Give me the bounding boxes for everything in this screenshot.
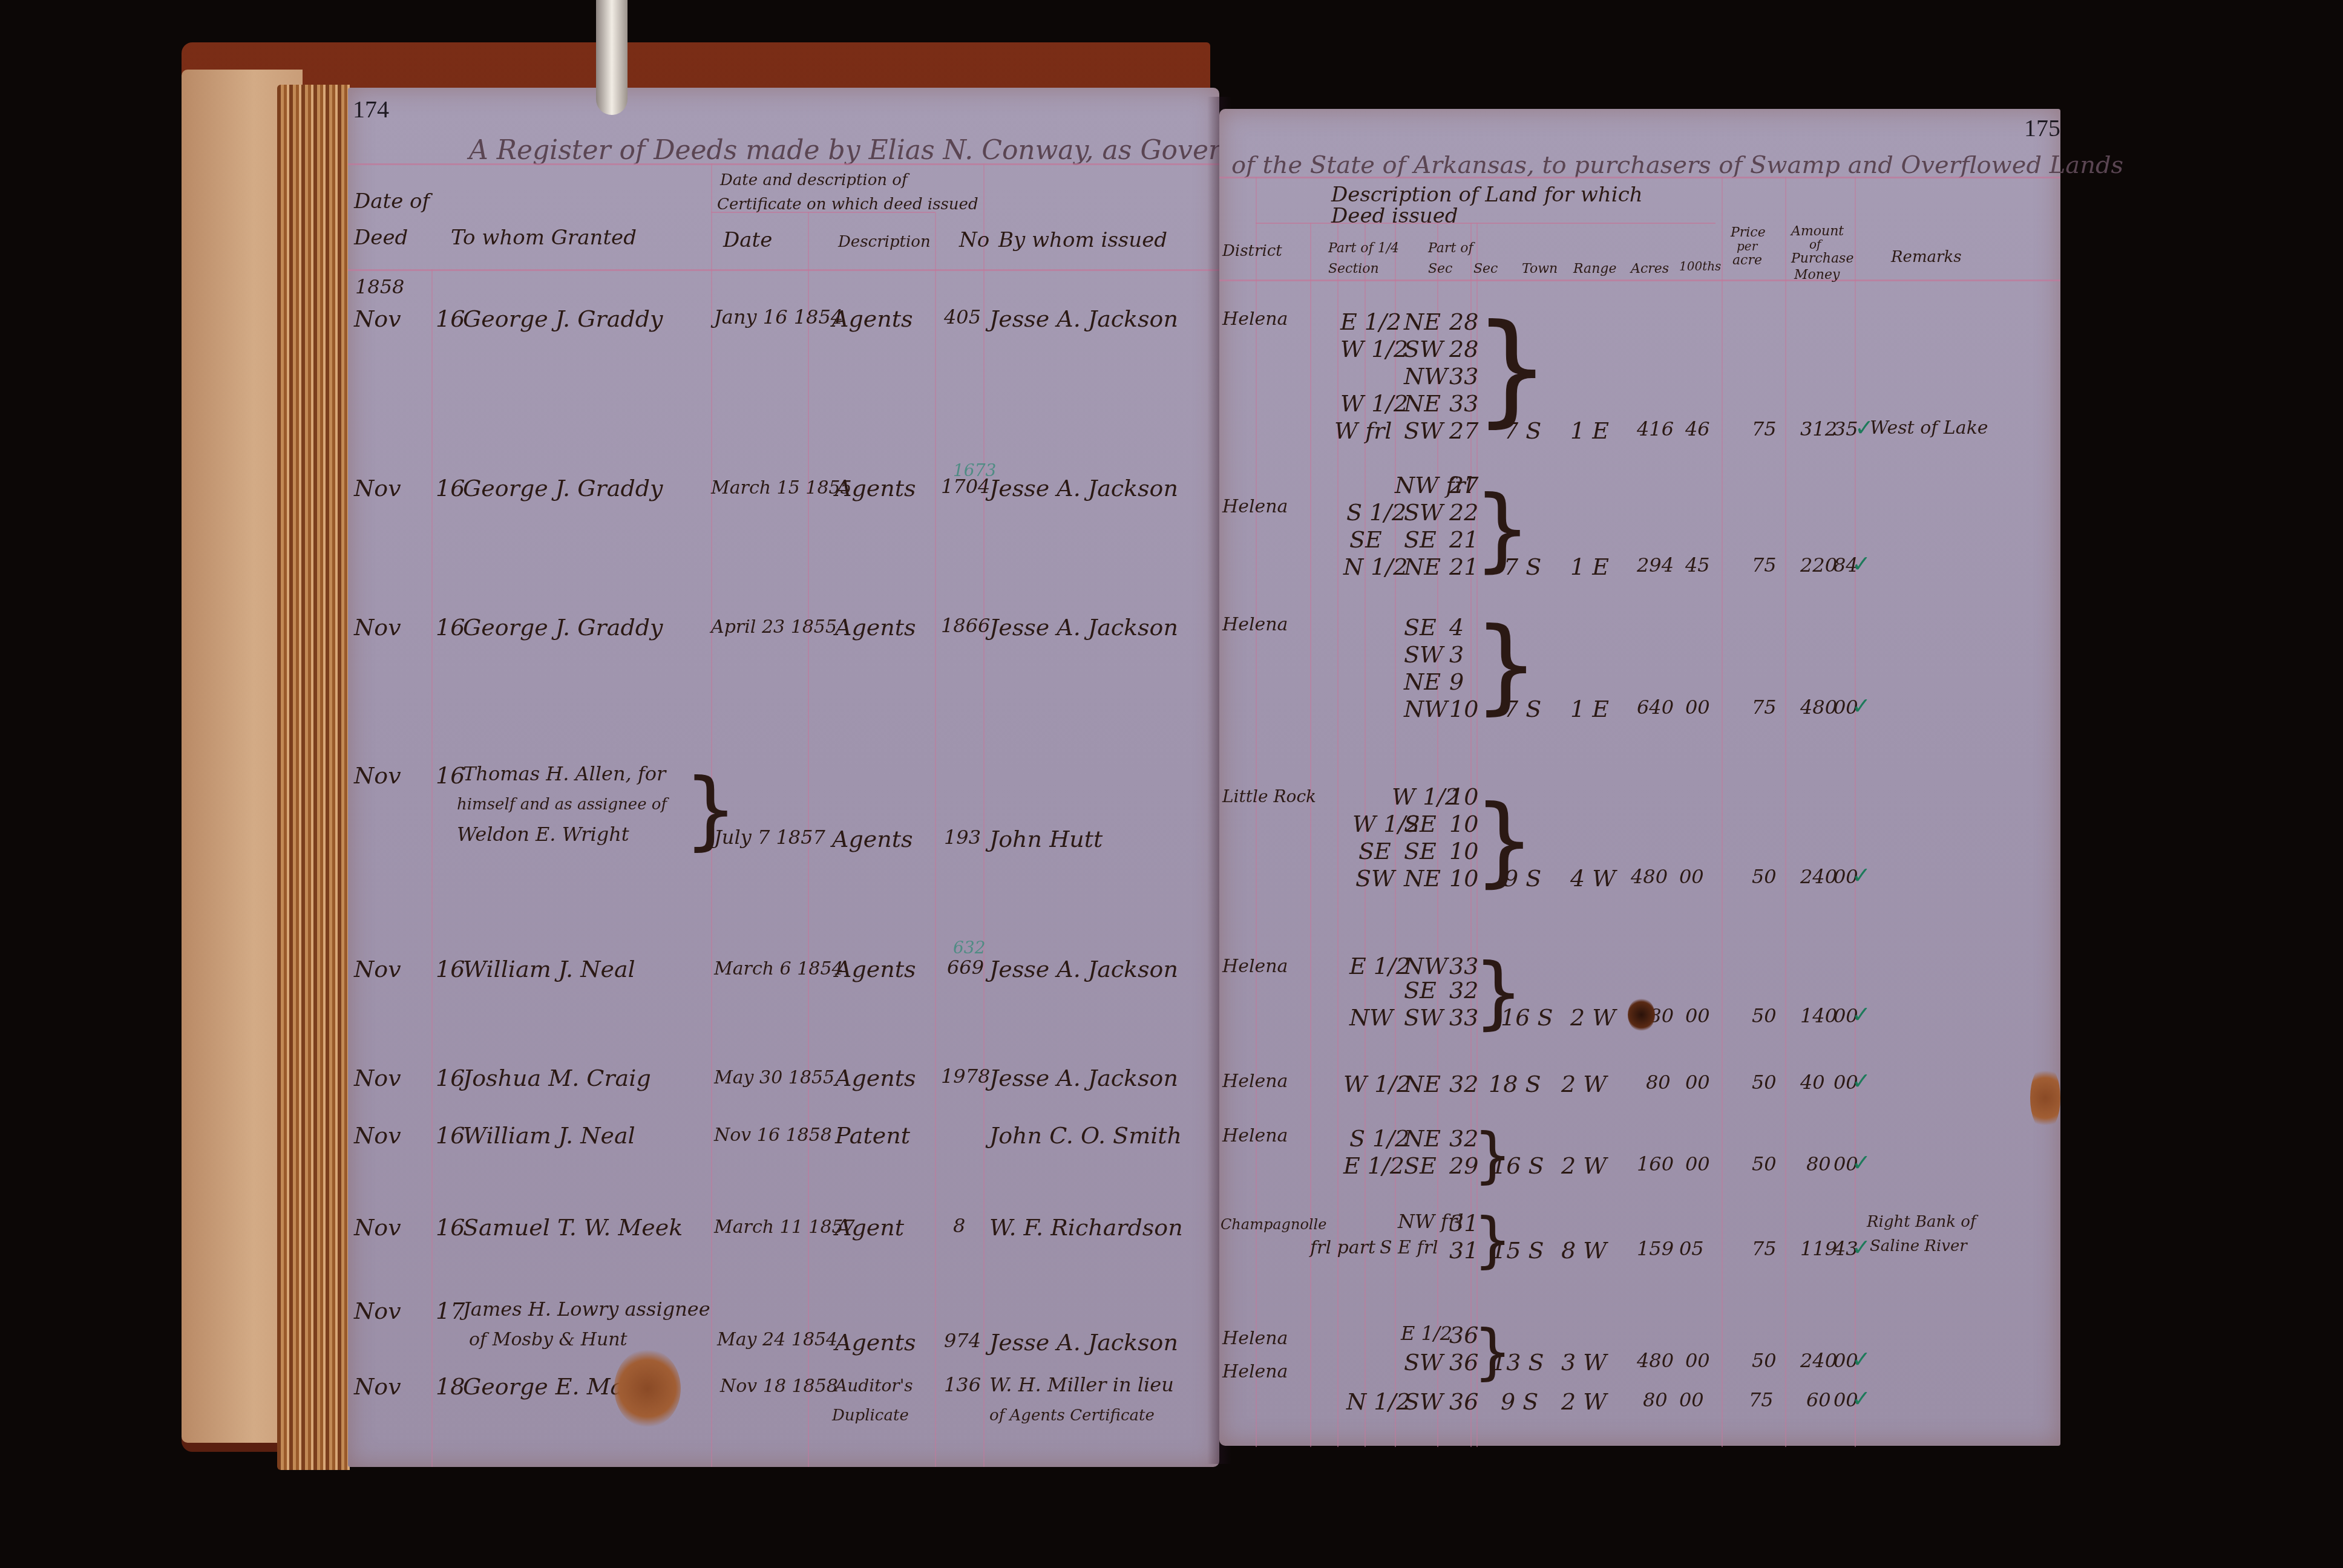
row-cert-no: 669	[947, 956, 984, 979]
row-grantee: George J. Graddy	[463, 614, 663, 641]
entry-range: 1 E	[1570, 696, 1609, 722]
verified-check-icon: ✓	[1852, 550, 1871, 577]
deed-row: Nov 16 George J. Graddy April 23 1855 Ag…	[348, 614, 1219, 650]
entry-sec: 36	[1449, 1388, 1478, 1415]
verified-check-icon: ✓	[1852, 693, 1871, 719]
entry-town: 7 S	[1504, 554, 1541, 580]
entry-acres: 480	[1631, 865, 1668, 888]
entry-quarter: S E frl	[1380, 1237, 1438, 1258]
row-cert-date: Jany 16 1854	[714, 305, 843, 328]
lot-brace: }	[1473, 309, 1550, 430]
entry-100ths: 45	[1685, 554, 1710, 577]
entry-quarter: SE	[1404, 838, 1437, 864]
header-amount-2: of	[1809, 237, 1821, 252]
row-cert-no: 8	[953, 1214, 965, 1237]
header-part-quarter-1: Part of 1/4	[1328, 241, 1399, 256]
row-cert-date: Nov 18 1858	[720, 1376, 838, 1397]
entry-acres: 159	[1637, 1237, 1674, 1260]
entry-quarter: SE	[1404, 1152, 1437, 1179]
register-title-right: of the State of Arkansas, to purchasers …	[1231, 151, 2123, 179]
entry-quarter: SE	[1404, 526, 1437, 553]
header-by-whom: By whom issued	[998, 228, 1167, 252]
entry-quarter: SE	[1404, 977, 1437, 1004]
row-day: 16	[436, 475, 465, 501]
entry-amount: 60	[1806, 1388, 1831, 1411]
land-group-rule	[1256, 223, 1715, 224]
entry-price: 50	[1752, 1071, 1777, 1094]
entry-district: Helena	[1222, 309, 1288, 330]
row-issued-by: John Hutt	[989, 826, 1103, 852]
year-label: 1858	[355, 275, 404, 298]
row-cert-date: April 23 1855	[711, 616, 837, 638]
entry-100ths: 00	[1685, 696, 1710, 719]
row-cert-date: March 6 1854	[714, 958, 844, 979]
deed-row: Nov 18 George E. Mann Nov 18 1858 Audito…	[348, 1373, 1219, 1440]
row-cert-no: 193	[944, 826, 981, 849]
row-grantee: Thomas H. Allen, for	[463, 762, 666, 785]
entry-part: NW	[1349, 1004, 1393, 1031]
entry-amount: 240	[1800, 865, 1837, 888]
land-entry: Little Rock W 1/2 10 W 1/2 SE 10 SE SE 1…	[1219, 783, 2060, 904]
entry-range: 2 W	[1570, 1004, 1616, 1031]
header-number: No	[959, 228, 989, 252]
row-month: Nov	[354, 1298, 401, 1324]
entry-remarks: Right Bank of	[1867, 1213, 1976, 1231]
header-range: Range	[1573, 261, 1616, 276]
entry-town: 16 S	[1501, 1004, 1553, 1031]
entry-range: 2 W	[1561, 1071, 1607, 1097]
row-issued-by: Jesse A. Jackson	[989, 956, 1178, 982]
verified-check-icon: ✓	[1852, 862, 1871, 889]
row-cert-no: 405	[944, 305, 981, 328]
entry-100ths: 00	[1679, 1388, 1704, 1411]
entry-district: Little Rock	[1222, 786, 1316, 806]
entry-amount: 220	[1800, 554, 1837, 577]
title-rule	[1219, 177, 2060, 178]
entry-range: 1 E	[1570, 554, 1609, 580]
row-month: Nov	[354, 1214, 401, 1241]
row-month: Nov	[354, 305, 401, 332]
entry-price: 75	[1749, 1388, 1774, 1411]
entry-quarter: NE	[1404, 554, 1441, 580]
row-cert-desc: Auditor's	[835, 1376, 913, 1396]
row-issued-by: Jesse A. Jackson	[989, 1329, 1178, 1356]
row-day: 17	[436, 1298, 465, 1324]
row-cert-desc: Agents	[835, 1329, 916, 1356]
row-issued-by: Jesse A. Jackson	[989, 1065, 1178, 1091]
row-cert-no: 1866	[941, 614, 990, 637]
row-day: 16	[436, 1122, 465, 1149]
row-grantee-line2: himself and as assignee of	[457, 795, 667, 814]
header-to-whom-granted: To whom Granted	[451, 226, 637, 250]
entry-part: E 1/2	[1349, 953, 1411, 979]
entry-price: 75	[1752, 554, 1777, 577]
title-rule	[348, 163, 1219, 165]
row-day: 16	[436, 762, 465, 789]
land-entry: Helena S 1/2 NE 32 E 1/2 SE 29 } 16 S 2 …	[1219, 1125, 2060, 1186]
page-edges	[277, 85, 350, 1470]
ink-stain	[614, 1349, 681, 1428]
row-grantee: Joshua M. Craig	[463, 1065, 651, 1091]
row-cert-desc: Agents	[832, 826, 913, 852]
entry-part: S 1/2	[1346, 499, 1406, 526]
land-entry: Helena E 1/2 NE 28 W 1/2 SW 28 NW 33 W 1…	[1219, 309, 2060, 454]
row-grantee: James H. Lowry assignee	[463, 1298, 710, 1321]
entry-quarter: NE	[1404, 1125, 1441, 1152]
row-issued-by: Jesse A. Jackson	[989, 614, 1178, 641]
entry-quarter: SW	[1404, 417, 1443, 444]
header-price-2: per	[1737, 239, 1757, 253]
register-title-left: A Register of Deeds made by Elias N. Con…	[469, 135, 1267, 166]
entry-acres: 416	[1637, 417, 1674, 440]
header-rule	[348, 269, 1219, 271]
row-cert-no: 974	[944, 1329, 981, 1352]
row-month: Nov	[354, 956, 401, 982]
entry-quarter: NE	[1404, 1071, 1441, 1097]
header-100ths: 100ths	[1679, 259, 1721, 273]
row-cert-date: March 15 1855	[711, 477, 852, 498]
entry-range: 1 E	[1570, 417, 1609, 444]
deed-row: Nov 16 William J. Neal Nov 16 1858 Paten…	[348, 1122, 1219, 1158]
row-day: 16	[436, 614, 465, 641]
header-land-group-1: Description of Land for which	[1331, 183, 1643, 207]
header-town: Town	[1522, 261, 1558, 276]
header-date: Date	[723, 228, 772, 252]
row-grantee: Samuel T. W. Meek	[463, 1214, 683, 1241]
row-cert-date: Nov 16 1858	[714, 1125, 832, 1146]
row-cert-no-note: 632	[953, 938, 985, 958]
entry-town: 16 S	[1492, 1152, 1544, 1179]
entry-range: 2 W	[1561, 1152, 1607, 1179]
header-cert-group-2: Certificate on which deed issued	[717, 195, 978, 214]
row-month: Nov	[354, 614, 401, 641]
entry-100ths: 00	[1685, 1152, 1710, 1175]
entry-quarter: SW	[1404, 336, 1443, 362]
row-day: 16	[436, 1214, 465, 1241]
header-price-1: Price	[1731, 225, 1766, 240]
land-entry: Helena W 1/2 NE 32 18 S 2 W 80 00 50 40 …	[1219, 1071, 2060, 1107]
entry-district: Helena	[1222, 496, 1288, 517]
entry-acres: 80	[1643, 1388, 1668, 1411]
verified-check-icon: ✓	[1852, 1385, 1871, 1412]
row-day: 16	[436, 305, 465, 332]
entry-part: SE	[1349, 526, 1382, 553]
header-part-sec-2: Sec	[1428, 261, 1452, 276]
row-day: 16	[436, 1065, 465, 1091]
entry-acres: 160	[1637, 1152, 1674, 1175]
entry-range: 2 W	[1561, 1388, 1607, 1415]
row-cert-no: 136	[944, 1373, 981, 1396]
header-land-group-2: Deed issued	[1331, 204, 1458, 228]
right-page: 175 of the State of Arkansas, to purchas…	[1219, 109, 2060, 1446]
entry-sec: 9	[1449, 668, 1464, 695]
header-district: District	[1222, 242, 1282, 260]
land-entry: Helena N 1/2 SW 36 9 S 2 W 80 00 75 60 0…	[1219, 1361, 2060, 1434]
entry-quarter: SW	[1404, 499, 1443, 526]
entry-100ths: 00	[1679, 865, 1704, 888]
verified-check-icon: ✓	[1852, 1001, 1871, 1028]
deed-row: Nov 16 Joshua M. Craig May 30 1855 Agent…	[348, 1065, 1219, 1101]
header-sec: Sec	[1473, 261, 1498, 276]
entry-part: N 1/2	[1343, 554, 1408, 580]
entry-part: E 1/2	[1343, 1152, 1404, 1179]
row-month: Nov	[354, 762, 401, 789]
left-page: 174 A Register of Deeds made by Elias N.…	[348, 88, 1219, 1467]
entry-part: SW	[1355, 865, 1395, 892]
entry-acres: 294	[1637, 554, 1674, 577]
row-cert-no: 1704	[941, 475, 990, 498]
entry-district: Helena	[1222, 1071, 1288, 1092]
entry-price: 50	[1752, 1004, 1777, 1027]
header-part-quarter-2: Section	[1328, 261, 1379, 276]
deed-row: Nov 16 Samuel T. W. Meek March 11 1857 A…	[348, 1214, 1219, 1250]
entry-sec: 32	[1449, 1071, 1478, 1097]
row-grantee: William J. Neal	[463, 956, 635, 982]
row-cert-desc: Agents	[835, 475, 916, 501]
deed-row: Nov 16 William J. Neal March 6 1854 Agen…	[348, 956, 1219, 992]
entry-price: 75	[1752, 1237, 1777, 1260]
entry-acres: 640	[1637, 696, 1674, 719]
entry-district: Helena	[1222, 1125, 1288, 1146]
page-number: 175	[2024, 114, 2060, 142]
entry-district: Helena	[1222, 956, 1288, 977]
deed-row: Nov 16 George J. Graddy Jany 16 1854 Age…	[348, 305, 1219, 342]
entry-quarter: NE	[1404, 668, 1441, 695]
header-cert-group-1: Date and description of	[720, 171, 908, 189]
entry-range: 8 W	[1561, 1237, 1607, 1264]
header-description: Description	[838, 233, 931, 251]
row-grantee: George J. Graddy	[463, 305, 663, 332]
deed-row: Nov 16 Thomas H. Allen, for himself and …	[348, 762, 1219, 883]
header-price-3: acre	[1732, 253, 1762, 268]
entry-price: 50	[1752, 865, 1777, 888]
entry-district: Helena	[1222, 1328, 1288, 1349]
entry-district: Helena	[1222, 614, 1288, 635]
verified-check-icon: ✓	[1852, 1234, 1871, 1261]
entry-100ths: 00	[1685, 1071, 1710, 1094]
row-month: Nov	[354, 1373, 401, 1400]
header-deed: Deed	[354, 226, 408, 250]
page-number: 174	[353, 95, 389, 123]
edge-stain	[2030, 1065, 2060, 1131]
entry-amount: 119	[1800, 1237, 1837, 1260]
land-entry: Helena NW frl 27 S 1/2 SW 22 SE SE 21 N …	[1219, 472, 2060, 593]
deed-row: Nov 17 James H. Lowry assignee of Mosby …	[348, 1298, 1219, 1358]
entry-amount: 80	[1806, 1152, 1831, 1175]
entry-district: Champagnolle	[1221, 1216, 1326, 1233]
entry-part: SE	[1358, 838, 1391, 864]
entry-part: W 1/2	[1340, 390, 1408, 417]
row-grantee: George J. Graddy	[463, 475, 663, 501]
row-month: Nov	[354, 1065, 401, 1091]
entry-100ths: 05	[1679, 1237, 1704, 1260]
entry-quarter: SW	[1404, 1388, 1443, 1415]
row-issued-by: John C. O. Smith	[989, 1122, 1182, 1149]
entry-amount: 480	[1800, 696, 1837, 719]
entry-town: 9 S	[1501, 1388, 1538, 1415]
entry-part: W frl	[1334, 417, 1392, 444]
entry-part: frl part	[1310, 1237, 1375, 1258]
row-issued-by-line2: of Agents Certificate	[989, 1406, 1155, 1425]
row-cert-no: 1978	[941, 1065, 990, 1088]
row-cert-desc: Agents	[835, 956, 916, 982]
entry-town: 18 S	[1489, 1071, 1541, 1097]
entry-price: 75	[1752, 696, 1777, 719]
row-day: 18	[436, 1373, 465, 1400]
row-cert-date: March 11 1857	[714, 1217, 855, 1238]
entry-quarter: SE	[1404, 811, 1437, 837]
entry-quarter: SW	[1404, 1004, 1443, 1031]
row-issued-by: Jesse A. Jackson	[989, 305, 1178, 332]
entry-price: 75	[1752, 417, 1777, 440]
entry-remarks-line2: Saline River	[1870, 1237, 1967, 1255]
entry-range: 4 W	[1570, 865, 1616, 892]
entry-town: 9 S	[1504, 865, 1541, 892]
entry-acres: 80	[1646, 1071, 1671, 1094]
ink-blot	[1628, 998, 1655, 1031]
header-remarks: Remarks	[1891, 248, 1962, 266]
verified-check-icon: ✓	[1852, 1149, 1871, 1176]
deed-row: Nov 16 George J. Graddy March 15 1855 Ag…	[348, 475, 1219, 511]
entry-quarter: NW	[1404, 953, 1447, 979]
entry-part: N 1/2	[1346, 1388, 1411, 1415]
metal-page-clip	[596, 0, 628, 115]
header-amount-3: Purchase	[1791, 251, 1853, 266]
row-grantee-line2: of Mosby & Hunt	[469, 1329, 628, 1350]
row-grantee-line3: Weldon E. Wright	[457, 823, 629, 846]
row-cert-desc: Agents	[835, 1065, 916, 1091]
entry-quarter: NW	[1404, 363, 1447, 390]
entry-remarks: West of Lake	[1870, 417, 1988, 439]
header-part-sec-1: Part of	[1428, 241, 1473, 256]
header-rule	[1219, 279, 2060, 281]
row-cert-desc-line2: Duplicate	[832, 1406, 909, 1425]
header-amount-4: Money	[1794, 267, 1840, 283]
row-cert-date: May 24 1854	[717, 1329, 837, 1350]
entry-quarter: NE	[1404, 309, 1441, 335]
entry-district: Helena	[1222, 1361, 1288, 1382]
entry-quarter: E 1/2	[1401, 1322, 1452, 1345]
entry-100ths: 00	[1685, 1004, 1710, 1027]
row-grantee: William J. Neal	[463, 1122, 635, 1149]
entry-part: W 1/2	[1343, 1071, 1411, 1097]
entry-quarter: NE	[1404, 865, 1441, 892]
entry-amount: 140	[1800, 1004, 1837, 1027]
verified-check-icon: ✓	[1852, 1068, 1871, 1094]
entry-quarter: SW	[1404, 641, 1443, 668]
row-day: 16	[436, 956, 465, 982]
row-cert-date: May 30 1855	[714, 1067, 834, 1088]
entry-100ths: 46	[1685, 417, 1710, 440]
row-cert-desc: Agents	[832, 305, 913, 332]
row-cert-date: July 7 1857	[714, 826, 825, 849]
entry-town: 7 S	[1504, 417, 1541, 444]
entry-part: E 1/2	[1340, 309, 1401, 335]
row-issued-by: W. F. Richardson	[989, 1214, 1183, 1241]
land-entry: Helena E 1/2 NW 33 SE 32 NW SW 33 } 16 S…	[1219, 953, 2060, 1037]
land-entry: Helena SE 4 SW 3 NE 9 NW 10 } 7 S 1 E 64…	[1219, 614, 2060, 735]
entry-quarter: NE	[1404, 390, 1441, 417]
header-date-of: Date of	[354, 189, 430, 214]
land-entry: Champagnolle NW frl 31 frl part S E frl …	[1219, 1210, 2060, 1282]
row-month: Nov	[354, 475, 401, 501]
row-cert-desc: Patent	[835, 1122, 910, 1149]
row-issued-by: Jesse A. Jackson	[989, 475, 1178, 501]
entry-sec: 4	[1449, 614, 1464, 641]
row-cert-desc: Agents	[835, 614, 916, 641]
entry-town: 15 S	[1492, 1237, 1544, 1264]
header-acres: Acres	[1631, 261, 1669, 276]
row-cert-desc: Agent	[835, 1214, 904, 1241]
entry-amount: 312	[1800, 417, 1837, 440]
entry-amount: 40	[1800, 1071, 1825, 1094]
entry-part: W 1/2	[1340, 336, 1408, 362]
entry-quarter: SE	[1404, 614, 1437, 641]
row-issued-by: W. H. Miller in lieu	[989, 1373, 1174, 1396]
entry-sec: 3	[1449, 641, 1464, 668]
entry-part: S 1/2	[1349, 1125, 1409, 1152]
entry-quarter: NW	[1404, 696, 1447, 722]
row-month: Nov	[354, 1122, 401, 1149]
entry-price: 50	[1752, 1152, 1777, 1175]
entry-town: 7 S	[1504, 696, 1541, 722]
